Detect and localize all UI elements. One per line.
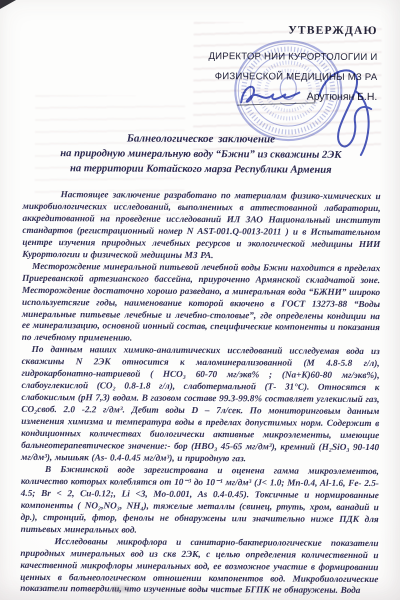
scanned-content: УТВЕРЖДАЮ ДИРЕКТОР НИИ КУРОРТОЛОГИИ И ФИ… bbox=[0, 0, 400, 600]
scan-corner-artifact bbox=[0, 0, 16, 9]
body-paragraph: Настоящее заключение разработано по мате… bbox=[22, 189, 380, 263]
body-paragraph: Исследованы микрофлора и санитарно-бакте… bbox=[20, 536, 378, 598]
body-text: Настоящее заключение разработано по мате… bbox=[20, 189, 380, 598]
body-paragraph: В Бжнинской воде зарегистрована и оценен… bbox=[21, 464, 379, 538]
signature-ink bbox=[223, 50, 399, 166]
document-page: УТВЕРЖДАЮ ДИРЕКТОР НИИ КУРОРТОЛОГИИ И ФИ… bbox=[0, 0, 400, 600]
body-paragraph: Месторождение минеральной питьевой лечеб… bbox=[22, 261, 381, 347]
body-paragraph: По данным наших химико-аналитических исс… bbox=[21, 344, 380, 466]
scan-smudge-artifact bbox=[112, 586, 130, 592]
approval-label: УТВЕРЖДАЮ bbox=[209, 24, 378, 37]
